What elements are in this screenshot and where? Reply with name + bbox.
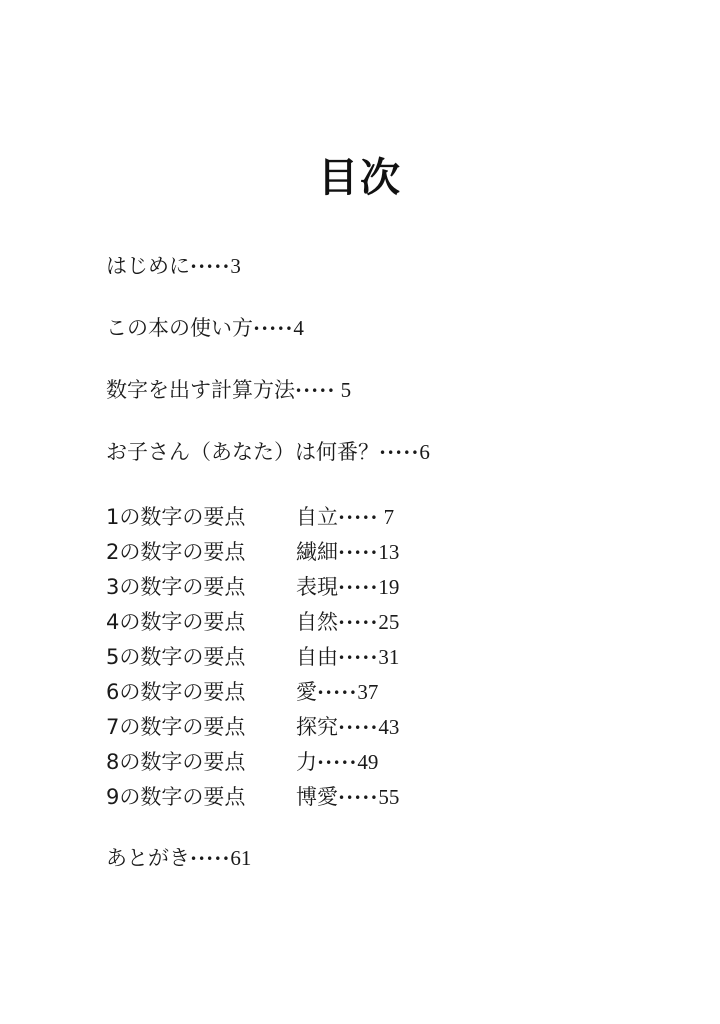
leader-dots: ••••• — [338, 651, 378, 665]
page-number: 55 — [378, 785, 399, 809]
chapter-keyword: 自然 — [296, 608, 338, 636]
toc-chapter-4[interactable]: 4の数字の要点自然•••••25 — [106, 608, 399, 637]
chapter-label: 9の数字の要点 — [106, 783, 296, 811]
toc-entry-how-to-use[interactable]: この本の使い方•••••4 — [106, 314, 304, 343]
leader-dots: ••••• — [379, 446, 419, 460]
page-number: 43 — [378, 715, 399, 739]
toc-chapter-6[interactable]: 6の数字の要点愛•••••37 — [106, 678, 378, 707]
page-number: 37 — [357, 680, 378, 704]
chapter-label: 7の数字の要点 — [106, 713, 296, 741]
toc-entry-label: 数字を出す計算方法 — [106, 376, 295, 404]
page-number: 49 — [357, 750, 378, 774]
toc-chapter-7[interactable]: 7の数字の要点探究•••••43 — [106, 713, 399, 742]
toc-chapter-2[interactable]: 2の数字の要点繊細•••••13 — [106, 538, 399, 567]
toc-entry-label: この本の使い方 — [106, 314, 253, 342]
page-title: 目次 — [0, 146, 720, 203]
leader-dots: ••••• — [338, 511, 378, 525]
toc-entry-which-number[interactable]: お子さん（あなた）は何番？•••••6 — [106, 438, 430, 467]
leader-dots: ••••• — [338, 546, 378, 560]
leader-dots: ••••• — [317, 756, 357, 770]
leader-dots: ••••• — [317, 686, 357, 700]
chapter-label: 1の数字の要点 — [106, 503, 296, 531]
toc-chapter-8[interactable]: 8の数字の要点力•••••49 — [106, 748, 378, 777]
leader-dots: ••••• — [253, 322, 293, 336]
chapter-label: 6の数字の要点 — [106, 678, 296, 706]
toc-entry-label: はじめに — [106, 252, 190, 280]
toc-chapter-9[interactable]: 9の数字の要点博愛•••••55 — [106, 783, 399, 812]
toc-entry-label: お子さん（あなた）は何番？ — [106, 438, 379, 466]
chapter-label: 4の数字の要点 — [106, 608, 296, 636]
leader-dots: ••••• — [338, 616, 378, 630]
leader-dots: ••••• — [295, 384, 335, 398]
page-number: 19 — [378, 575, 399, 599]
chapter-keyword: 探究 — [296, 713, 338, 741]
chapter-label: 5の数字の要点 — [106, 643, 296, 671]
page-number: 7 — [378, 505, 394, 529]
leader-dots: ••••• — [190, 852, 230, 866]
chapter-keyword: 繊細 — [296, 538, 338, 566]
toc-chapter-5[interactable]: 5の数字の要点自由•••••31 — [106, 643, 399, 672]
page-number: 6 — [419, 440, 430, 464]
chapter-keyword: 自立 — [296, 503, 338, 531]
chapter-keyword: 愛 — [296, 678, 317, 706]
leader-dots: ••••• — [338, 721, 378, 735]
chapter-label: 2の数字の要点 — [106, 538, 296, 566]
chapter-label: 8の数字の要点 — [106, 748, 296, 776]
chapter-label: 3の数字の要点 — [106, 573, 296, 601]
page-number: 25 — [378, 610, 399, 634]
toc-chapter-3[interactable]: 3の数字の要点表現•••••19 — [106, 573, 399, 602]
toc-chapter-1[interactable]: 1の数字の要点自立••••• 7 — [106, 503, 394, 532]
chapter-keyword: 博愛 — [296, 783, 338, 811]
toc-entry-introduction[interactable]: はじめに•••••3 — [106, 252, 241, 281]
chapter-keyword: 表現 — [296, 573, 338, 601]
page-number: 61 — [230, 846, 251, 870]
chapter-keyword: 自由 — [296, 643, 338, 671]
leader-dots: ••••• — [338, 581, 378, 595]
page-number: 3 — [230, 254, 241, 278]
leader-dots: ••••• — [190, 260, 230, 274]
page-number: 5 — [335, 378, 351, 402]
leader-dots: ••••• — [338, 791, 378, 805]
page-number: 31 — [378, 645, 399, 669]
chapter-keyword: 力 — [296, 748, 317, 776]
page-number: 13 — [378, 540, 399, 564]
toc-entry-afterword[interactable]: あとがき•••••61 — [106, 844, 251, 873]
page-number: 4 — [293, 316, 304, 340]
toc-entry-calculation-method[interactable]: 数字を出す計算方法••••• 5 — [106, 376, 351, 405]
toc-entry-label: あとがき — [106, 844, 190, 872]
